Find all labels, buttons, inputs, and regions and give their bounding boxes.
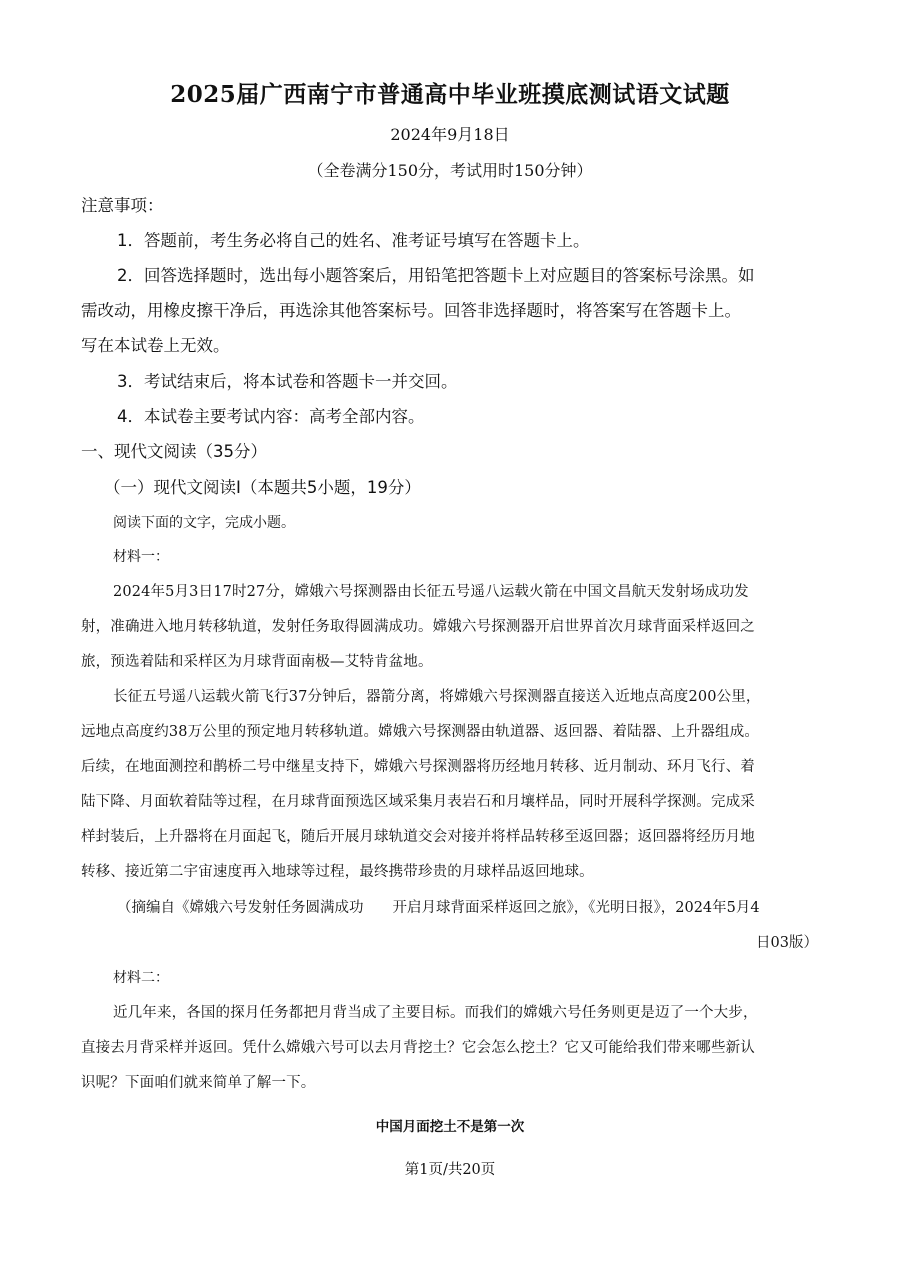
material-1-source-end: 日03版） <box>756 933 818 953</box>
material-1-line-4: 长征五号遥八运载火箭飞行37分钟后，器箭分离，将嫦娥六号探测器直接送入近地点高度… <box>113 687 761 707</box>
material-1-source: （摘编自《嫦娥六号发射任务圆满成功 开启月球背面采样返回之旅》，《光明日报》，2… <box>117 898 760 918</box>
notice-item-3: 3．考试结束后，将本试卷和答题卡一并交回。 <box>117 372 458 392</box>
material-2-line-1: 近几年来，各国的探月任务都把月背当成了主要目标。而我们的嫦娥六号任务则更是迈了一… <box>113 1003 758 1023</box>
notice-heading: 注意事项： <box>81 196 164 216</box>
section-heading: 一、现代文阅读（35分） <box>81 442 267 462</box>
material-2-label: 材料二： <box>113 968 169 988</box>
material-2-subheading: 中国月面挖土不是第一次 <box>0 1115 900 1135</box>
material-1-label: 材料一： <box>113 547 169 567</box>
material-1-line-7: 陆下降、月面软着陆等过程，在月球背面预选区域采集月表岩石和月壤样品，同时开展科学… <box>81 792 755 812</box>
reading-instruction: 阅读下面的文字，完成小题。 <box>113 513 295 533</box>
notice-item-1: 1．答题前，考生务必将自己的姓名、准考证号填写在答题卡上。 <box>117 231 590 251</box>
notice-item-2-cont: 需改动，用橡皮擦干净后，再选涂其他答案标号。回答非选择题时，将答案写在答题卡上。 <box>81 301 741 321</box>
notice-item-2: 2．回答选择题时，选出每小题答案后，用铅笔把答题卡上对应题目的答案标号涂黑。如 <box>117 266 755 286</box>
material-1-line-2: 射，准确进入地月转移轨道，发射任务取得圆满成功。嫦娥六号探测器开启世界首次月球背… <box>81 617 755 637</box>
page-indicator: 第1页/共20页 <box>0 1158 900 1179</box>
material-1-line-3: 旅，预选着陆和采样区为月球背面南极—艾特肯盆地。 <box>81 652 433 672</box>
material-1-line-1: 2024年5月3日17时27分，嫦娥六号探测器由长征五号遥八运载火箭在中国文昌航… <box>113 582 749 602</box>
exam-title: 2025届广西南宁市普通高中毕业班摸底测试语文试题 <box>0 76 900 109</box>
notice-item-2-end: 写在本试卷上无效。 <box>81 336 230 356</box>
material-2-line-3: 识呢？下面咱们就来简单了解一下。 <box>81 1073 315 1093</box>
material-2-line-2: 直接去月背采样并返回。凭什么嫦娥六号可以去月背挖土？它会怎么挖土？它又可能给我们… <box>81 1038 755 1058</box>
material-1-line-6: 后续，在地面测控和鹊桥二号中继星支持下，嫦娥六号探测器将历经地月转移、近月制动、… <box>81 757 755 777</box>
material-1-line-8: 样封装后，上升器将在月面起飞，随后开展月球轨道交会对接并将样品转移至返回器；返回… <box>81 827 755 847</box>
material-1-line-9: 转移、接近第二宇宙速度再入地球等过程，最终携带珍贵的月球样品返回地球。 <box>81 862 594 882</box>
exam-date: 2024年9月18日 <box>0 122 900 145</box>
exam-score-time: （全卷满分150分，考试用时150分钟） <box>0 158 900 181</box>
notice-item-4: 4．本试卷主要考试内容：高考全部内容。 <box>117 407 425 427</box>
material-1-line-5: 远地点高度约38万公里的预定地月转移轨道。嫦娥六号探测器由轨道器、返回器、着陆器… <box>81 722 759 742</box>
section-subheading: （一）现代文阅读Ⅰ（本题共5小题，19分） <box>104 478 421 498</box>
exam-page: 2025届广西南宁市普通高中毕业班摸底测试语文试题 2024年9月18日 （全卷… <box>0 0 900 1273</box>
